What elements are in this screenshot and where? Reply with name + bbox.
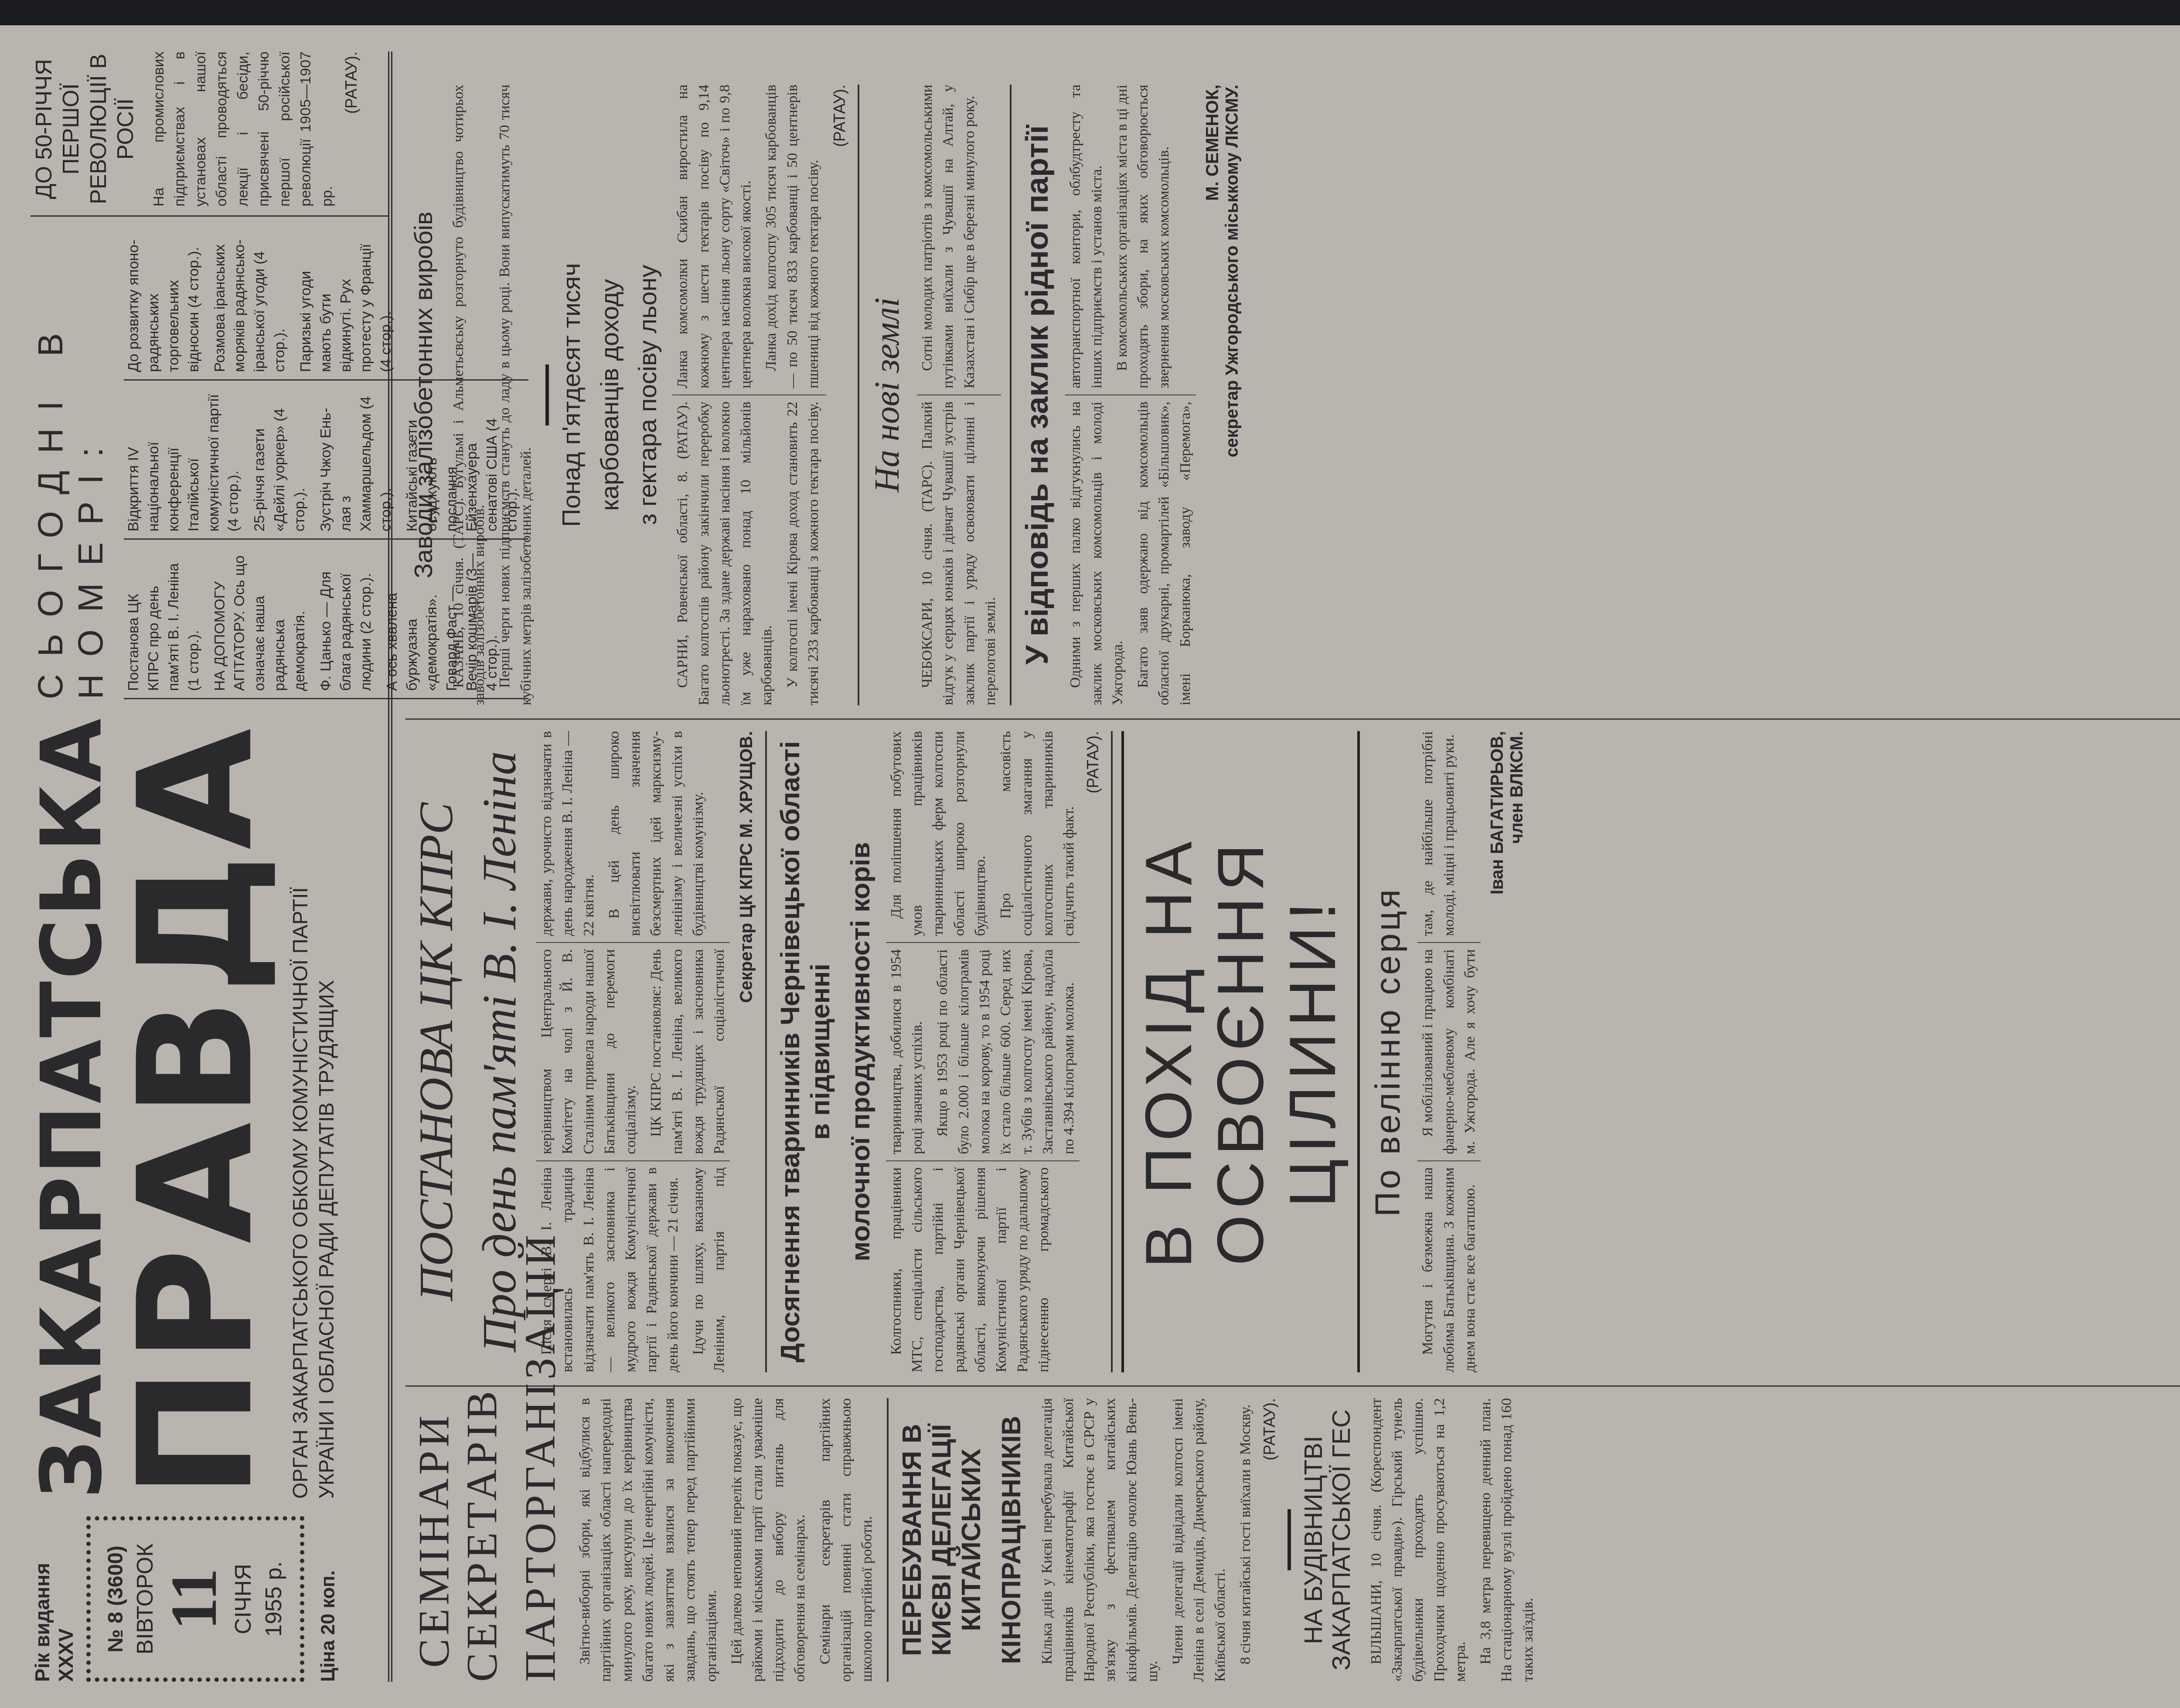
kyiv-headline-2: КІНОПРАЦІВНИКІВ — [997, 1398, 1026, 1682]
today-item: Розмова іранських моряків радянсько-іран… — [210, 234, 290, 372]
signature-role: член ВЛКСМ. — [1507, 731, 1527, 1372]
flax-headline-3: з гектара посіву льону — [634, 85, 662, 705]
divider — [1111, 731, 1113, 1372]
date-box: № 8 (3600) ВІВТОРОК 11 СІЧНЯ 1955 р. — [86, 1516, 304, 1682]
paragraph: Одними з перших палко відгукнулись на за… — [1065, 401, 1128, 705]
today-item: 25-річчя газети «Дейлі уоркер» (4 стор.)… — [250, 394, 310, 532]
paragraph: Якщо в 1953 році по області було 2.000 і… — [932, 949, 1080, 1154]
signature-name: Іван БАГАТИРЬОВ, — [1488, 731, 1507, 1372]
kyiv-headline-1: ПЕРЕБУВАННЯ В КИЄВІ ДЕЛЕГАЦІЇ КИТАЙСЬКИХ — [897, 1398, 987, 1682]
virgin-lands-sub-1: По велінню серця — [1369, 731, 1407, 1372]
price: Ціна 20 коп. — [317, 1570, 339, 1682]
hydro-headline: НА БУДІВНИЦТВІ ЗАКАРПАТСЬКОЇ ГЕС — [1300, 1398, 1356, 1682]
day: 11 — [158, 1538, 230, 1660]
paragraph: 8 січня китайські гості виїхали в Москву… — [1235, 1398, 1256, 1682]
divider — [887, 1398, 889, 1682]
divider — [545, 364, 549, 425]
chernivtsi-credit: (РАТАУ). — [1084, 731, 1102, 1372]
flax-headline-1: Понад п'ятдесят тисяч — [558, 85, 586, 705]
subtitle-line-2: України і обласної Ради депутатів трудящ… — [314, 717, 340, 1499]
virgin-lands-body: Могутня і безмежна наша любима Батьківщи… — [1417, 731, 1481, 1372]
month: СІЧНЯ — [230, 1538, 256, 1660]
today-heading: СЬОГОДНІ В НОМЕРІ: — [31, 234, 111, 699]
edition-label: Рік видання XXXV — [31, 1516, 78, 1682]
paragraph: Я мобілізований і працюю на фанерно-мебл… — [1417, 731, 1481, 1154]
paragraph: Ланка дохід колгоспу 305 тисяч карбованц… — [761, 85, 824, 388]
postanova-headline-1: ПОСТАНОВА ЦК КПРС — [410, 731, 463, 1372]
anniversary-title-2: РЕВОЛЮЦІЇ В РОСІЇ — [85, 51, 140, 207]
paragraph: Цей далеко неповний перелік показує, що … — [726, 1398, 811, 1682]
article-postanova: ПОСТАНОВА ЦК КПРС Про день пам'яті В. І.… — [405, 718, 2180, 1372]
today-item: Постанова ЦК КПРС про день пам'яті В. І.… — [124, 553, 204, 691]
flax-body: САРНИ, Ровенської області, 8. (РАТАУ). Б… — [672, 85, 826, 705]
anniversary-box: ДО 50-РІЧЧЯ ПЕРШОЇ РЕВОЛЮЦІЇ В РОСІЇ На … — [31, 51, 388, 217]
today-item: НА ДОПОМОГУ АГІТАТОРУ. Ось що означає на… — [210, 553, 310, 691]
today-item: Відкриття IV національної конференції Іт… — [124, 394, 244, 532]
signature-role: секретар Ужгородського міськкому ЛКСМУ. — [1223, 85, 1242, 705]
year: 1955 р. — [261, 1538, 287, 1660]
issue-info: Рік видання XXXV № 8 (3600) ВІВТОРОК 11 … — [31, 1516, 388, 1682]
paragraph: Про масовість соціалістичного змагання у… — [995, 731, 1080, 936]
today-item: Ф. Цанько — Для блага радянської людини … — [316, 553, 376, 691]
paragraph: Сотні молодих патріотів з комсомольським… — [917, 85, 980, 388]
newspaper-title: ЗАКАРПАТСЬКА ПРАВДА Орган Закарпатського… — [31, 717, 388, 1499]
seminars-headline-1: СЕМІНАРИ СЕКРЕТАРІВ — [410, 1398, 506, 1682]
weekday: ВІВТОРОК — [132, 1538, 158, 1660]
postanova-body: Після смерті В. І. Леніна встановилась т… — [536, 731, 730, 1372]
paragraph: ЧЕБОКСАРИ, 10 січня. (ТАРС). Палкий відг… — [917, 401, 1001, 705]
virgin-lands-signature: Іван БАГАТИРЬОВ, член ВЛКСМ. — [1488, 731, 1527, 1372]
paragraph: Для поліпшення побутових умов працівникі… — [886, 731, 991, 936]
chernivtsi-headline-1: Досягнення тваринників Чернівецької обла… — [776, 731, 835, 1372]
concrete-body: КАЗАНЬ, 10 січня. (ТАРС). Бугульмі і Аль… — [448, 85, 537, 705]
paragraph: КАЗАНЬ, 10 січня. (ТАРС). Бугульмі і Аль… — [448, 85, 490, 705]
party-call-body: Одними з перших палко відгукнулись на за… — [1065, 85, 1196, 705]
anniversary-credit: (РАТАУ). — [342, 51, 361, 207]
paragraph: ВІЛЬШАНИ, 10 січня. (Кореспондент «Закар… — [1366, 1398, 1471, 1682]
concrete-headline: Заводи залізобетонних виробів — [410, 85, 438, 705]
kyiv-credit: (РАТАУ). — [1260, 1398, 1279, 1682]
kyiv-body: Кілька днів у Києві перебувала делегація… — [1037, 1398, 1256, 1682]
paragraph: В цей день широко висвітлювати значення … — [604, 731, 709, 936]
today-item: Паризькі угоди мають бути відкинуті. Рух… — [296, 234, 396, 372]
virgin-lands-banner: В ПОХІД НА ОСВОЄННЯ ЦІЛИНИ! — [1121, 731, 1360, 1372]
hydro-body: ВІЛЬШАНИ, 10 січня. (Кореспондент «Закар… — [1366, 1398, 1539, 1682]
subtitle: Орган Закарпатського обкому Комуністично… — [288, 717, 340, 1499]
article-seminars: СЕМІНАРИ СЕКРЕТАРІВ ПАРТОРГАНІЗАЦІЙ Звіт… — [405, 1385, 2180, 1682]
anniversary-title-1: ДО 50-РІЧЧЯ ПЕРШОЇ — [31, 51, 85, 207]
flax-headline-2: карбованців доходу — [596, 85, 624, 705]
postanova-signature: Секретар ЦК КПРС М. ХРУЩОВ. — [737, 731, 756, 1372]
paragraph: Після смерті В. І. Леніна встановилась т… — [536, 1167, 684, 1372]
subtitle-line-1: Орган Закарпатського обкому Комуністично… — [288, 717, 314, 1499]
paragraph: Перші черги нових підприємств стануть до… — [494, 85, 537, 705]
flax-credit: (РАТАУ). — [831, 85, 849, 705]
paragraph: Могутня і безмежна наша любима Батьківщи… — [1417, 1167, 1481, 1372]
issue-number: № 8 (3600) — [104, 1538, 128, 1660]
divider — [1288, 1510, 1291, 1571]
today-item: До розвитку японо-радянських торговельни… — [124, 234, 204, 372]
paragraph: Кілька днів у Києві перебувала делегація… — [1037, 1398, 1163, 1682]
paragraph: На 3,8 метра перевищено денний план. На … — [1475, 1398, 1539, 1682]
divider — [858, 85, 859, 705]
seminars-headline-2: ПАРТОРГАНІЗАЦІЙ — [516, 1398, 564, 1682]
title-top: ЗАКАРПАТСЬКА — [31, 717, 113, 1499]
masthead: Рік видання XXXV № 8 (3600) ВІВТОРОК 11 … — [31, 51, 392, 1682]
paragraph: Члени делегації відвідали колгосп імені … — [1168, 1398, 1231, 1682]
party-call-signature: М. СЕМЕНОК, секретар Ужгородського міськ… — [1203, 85, 1242, 705]
right-articles: Заводи залізобетонних виробів КАЗАНЬ, 10… — [405, 73, 2180, 705]
today-in-issue: СЬОГОДНІ В НОМЕРІ: Постанова ЦК КПРС про… — [31, 234, 388, 699]
today-item: Зустріч Чжоу Ень-лая з Хаммаршельдом (4 … — [316, 394, 396, 532]
title-main: ПРАВДА — [118, 717, 275, 1499]
party-call-headline: У відповідь на заклик рідної партії — [1020, 85, 1055, 705]
paragraph: Звітно-виборні збори, які відбулися в па… — [575, 1398, 722, 1682]
page-body: СЕМІНАРИ СЕКРЕТАРІВ ПАРТОРГАНІЗАЦІЙ Звіт… — [405, 51, 2180, 1682]
chernivtsi-headline-2: молочної продуктивності корів — [846, 731, 875, 1372]
newspaper-page: Рік видання XXXV № 8 (3600) ВІВТОРОК 11 … — [0, 25, 2180, 1708]
seminars-body: Звітно-виборні збори, які відбулися в па… — [575, 1398, 878, 1682]
virgin-lands-sub-2: На нові землі — [868, 85, 906, 705]
paragraph: Семінари секретарів партійних організаці… — [815, 1398, 878, 1682]
paragraph: В комсомольських організаціях міста в ці… — [1112, 85, 1175, 388]
paragraph: САРНИ, Ровенської області, 8. (РАТАУ). Б… — [672, 401, 777, 705]
anniversary-text: На промислових підприємствах і в установ… — [148, 51, 337, 207]
new-lands-body: ЧЕБОКСАРИ, 10 січня. (ТАРС). Палкий відг… — [917, 85, 1001, 705]
divider — [765, 731, 767, 1372]
chernivtsi-body: Колгоспники, працівники МТС, спеціалісти… — [886, 731, 1080, 1372]
postanova-headline-2: Про день пам'яті В. І. Леніна — [473, 731, 526, 1372]
divider — [1010, 85, 1012, 705]
signature-name: М. СЕМЕНОК, — [1203, 85, 1223, 705]
